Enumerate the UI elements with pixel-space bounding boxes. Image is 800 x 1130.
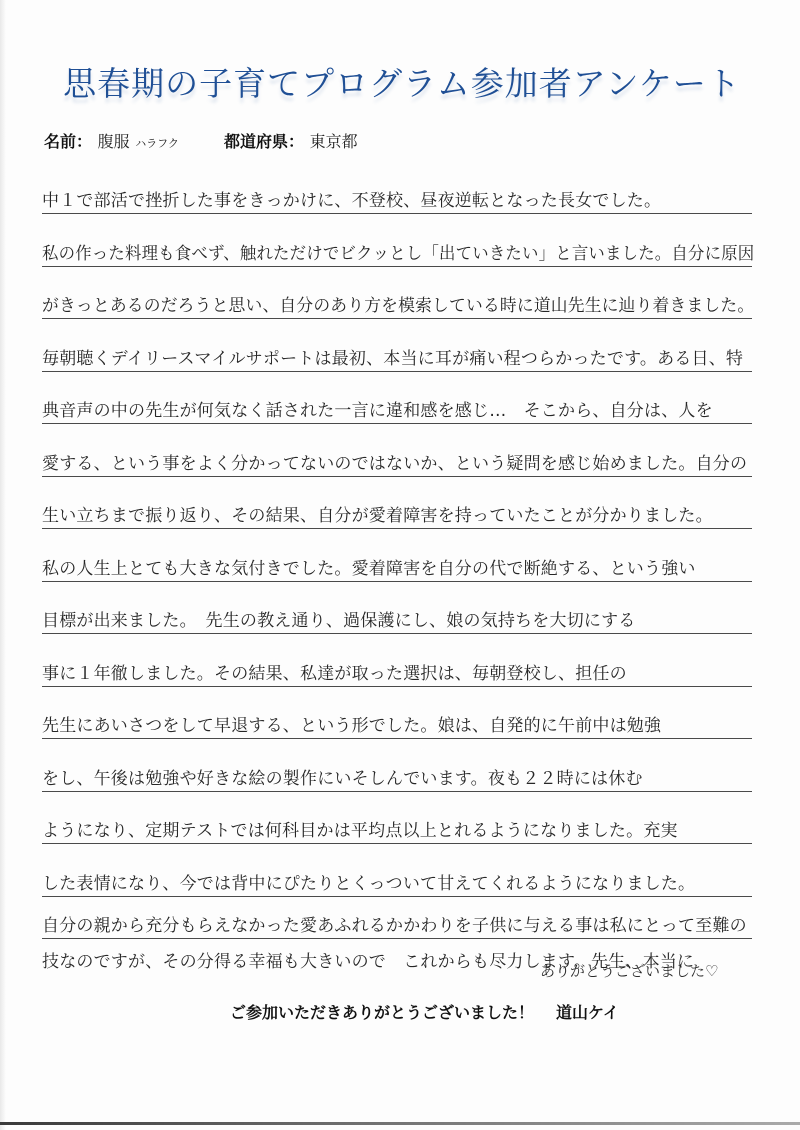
response-line: 中１で部活で挫折した事をきっかけに、不登校、昼夜逆転となった長女でした。 (42, 178, 752, 214)
closing-message: ご参加いただきありがとうございました！道山ケイ (230, 1000, 619, 1023)
ruled-line (42, 476, 752, 478)
response-line: 私の人生上とても大きな気付きでした。愛着障害を自分の代で断絶する、という強い (42, 546, 752, 582)
signature: 道山ケイ (556, 1003, 619, 1022)
response-line: 毎朝聴くデイリースマイルサポートは最初、本当に耳が痛い程つらかったです。ある日、… (42, 336, 752, 372)
response-line: ようになり、定期テストでは何科目かは平均点以上とれるようになりました。充実 (42, 808, 752, 844)
response-line: がきっとあるのだろうと思い、自分のあり方を模索している時に道山先生に辿り着きまし… (42, 283, 752, 319)
ruled-line (42, 633, 752, 635)
name-label: 名前： (44, 132, 92, 151)
survey-page: 思春期の子育てプログラム参加者アンケート 名前： 腹服 ハラフク 都道府県： 東… (0, 0, 800, 1130)
ruled-line (42, 896, 752, 898)
response-line: 目標が出来ました。 先生の教え通り、過保護にし、娘の気持ちを大切にする (42, 598, 752, 634)
response-line: 愛する、という事をよく分かってないのではないか、という疑問を感じ始めました。自分… (42, 441, 752, 477)
ruled-line (42, 686, 752, 688)
response-line: 典音声の中の先生が何気なく話された一言に違和感を感じ… そこから、自分は、人を (42, 388, 752, 424)
ruled-line (42, 371, 752, 373)
ruled-line (42, 843, 752, 845)
response-line: をし、午後は勉強や好きな絵の製作にいそしんでいます。夜も２２時には休む (42, 756, 752, 792)
ruled-line (42, 738, 752, 740)
name-value: 腹服 (98, 132, 130, 151)
scan-edge-shadow (0, 0, 6, 1130)
respondent-info: 名前： 腹服 ハラフク 都道府県： 東京都 (44, 129, 358, 152)
ruled-line (42, 791, 752, 793)
response-line: 生い立ちまで振り返り、その結果、自分が愛着障害を持っていたことが分かりました。 (42, 493, 752, 529)
prefecture-value: 東京都 (310, 132, 358, 151)
response-line: 先生にあいさつをして早退する、という形でした。娘は、自発的に午前中は勉強 (42, 703, 752, 739)
ruled-line (42, 528, 752, 530)
ruled-line (42, 423, 752, 425)
response-line: 自分の親から充分もらえなかった愛あふれるかかわりを子供に与える事は私にとって至難… (42, 903, 752, 939)
ruled-line (42, 581, 752, 583)
postscript-thanks: ありがとうございました♡ (540, 960, 718, 981)
ruled-line (42, 213, 752, 215)
response-line: した表情になり、今では背中にぴたりとくっついて甘えてくれるようになりました。 (42, 861, 752, 897)
response-line: 事に１年徹しました。その結果、私達が取った選択は、毎朝登校し、担任の (42, 651, 752, 687)
scan-bottom-edge (0, 1122, 800, 1125)
page-title: 思春期の子育てプログラム参加者アンケート (52, 58, 752, 105)
prefecture-label: 都道府県： (224, 132, 304, 151)
closing-text: ご参加いただきありがとうございました！ (230, 1003, 534, 1022)
response-line: 私の作った料理も食べず、触れただけでビクッとし「出ていきたい」と言いました。自分… (42, 231, 752, 267)
ruled-line (42, 318, 752, 320)
name-reading: ハラフク (135, 137, 179, 150)
ruled-line (42, 266, 752, 268)
